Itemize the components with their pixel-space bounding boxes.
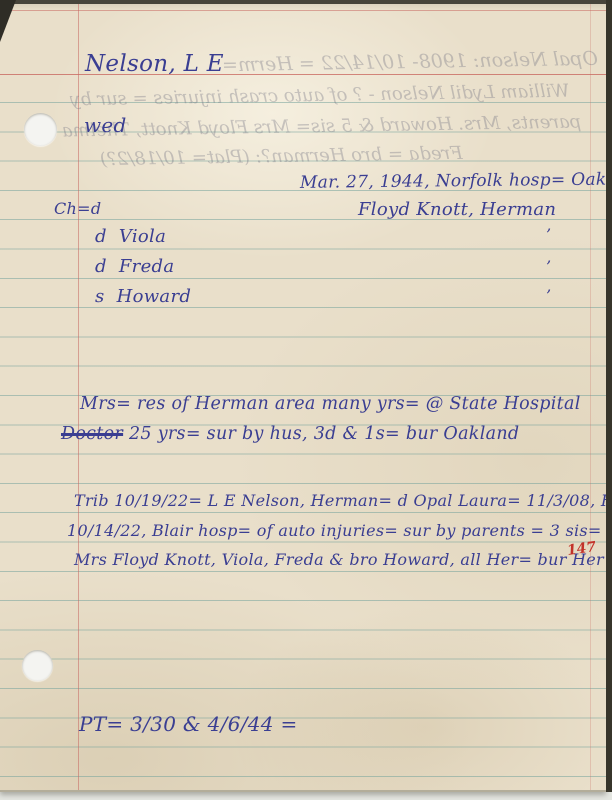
residence-note-line1: Mrs= res of Herman area many yrs= @ Stat… xyxy=(80,394,581,414)
processing-note: PT= 3/30 & 4/6/44 = xyxy=(79,712,298,736)
residence-note-text: 25 yrs= sur by hus, 3d & 1s= bur Oakland xyxy=(123,424,519,444)
notebook-page: Opal Nelson: 1908- 10/14/22 = Herm= Will… xyxy=(0,3,606,792)
child-relation: d xyxy=(95,226,107,247)
scanned-document: Opal Nelson: 1908- 10/14/22 = Herm= Will… xyxy=(0,0,612,800)
children-label: Ch=d xyxy=(54,199,101,218)
right-margin-line xyxy=(590,3,591,790)
crossed-out-word: Doctor xyxy=(61,424,123,444)
bleedthrough-line: Opal Nelson: 1908- 10/14/22 = Herm= xyxy=(222,48,598,77)
informant-name: Floyd Knott, Herman xyxy=(358,199,556,220)
child-name: Freda xyxy=(119,256,175,277)
obituary-note-line2: 10/14/22, Blair hosp= of auto injuries= … xyxy=(67,521,602,540)
obituary-note-line1: Trib 10/19/22= L E Nelson, Herman= d Opa… xyxy=(74,491,612,510)
child-relation: s xyxy=(95,286,105,307)
hole-punch-bottom xyxy=(22,650,53,681)
subject-name: Nelson, L E xyxy=(85,51,224,77)
child-row: d Freda xyxy=(95,256,174,277)
scan-edge-top xyxy=(0,0,612,4)
scan-edge-right xyxy=(606,0,612,792)
red-rule-top xyxy=(0,10,606,11)
child-name: Viola xyxy=(119,226,166,247)
ditto-mark: ’ xyxy=(546,225,551,244)
obituary-note-line3: Mrs Floyd Knott, Viola, Freda & bro Howa… xyxy=(74,550,604,569)
child-row: d Viola xyxy=(95,226,166,247)
child-name: Howard xyxy=(117,286,192,307)
ditto-mark: ’ xyxy=(546,257,551,276)
hole-punch-top xyxy=(24,113,57,146)
child-row: s Howard xyxy=(95,286,191,307)
ditto-mark: ’ xyxy=(546,286,551,305)
marital-status: wed xyxy=(84,113,127,137)
death-date-place: Mar. 27, 1944, Norfolk hosp= Oakland, xyxy=(300,169,612,193)
residence-note-line2: Doctor 25 yrs= sur by hus, 3d & 1s= bur … xyxy=(61,424,519,444)
child-relation: d xyxy=(95,256,107,277)
